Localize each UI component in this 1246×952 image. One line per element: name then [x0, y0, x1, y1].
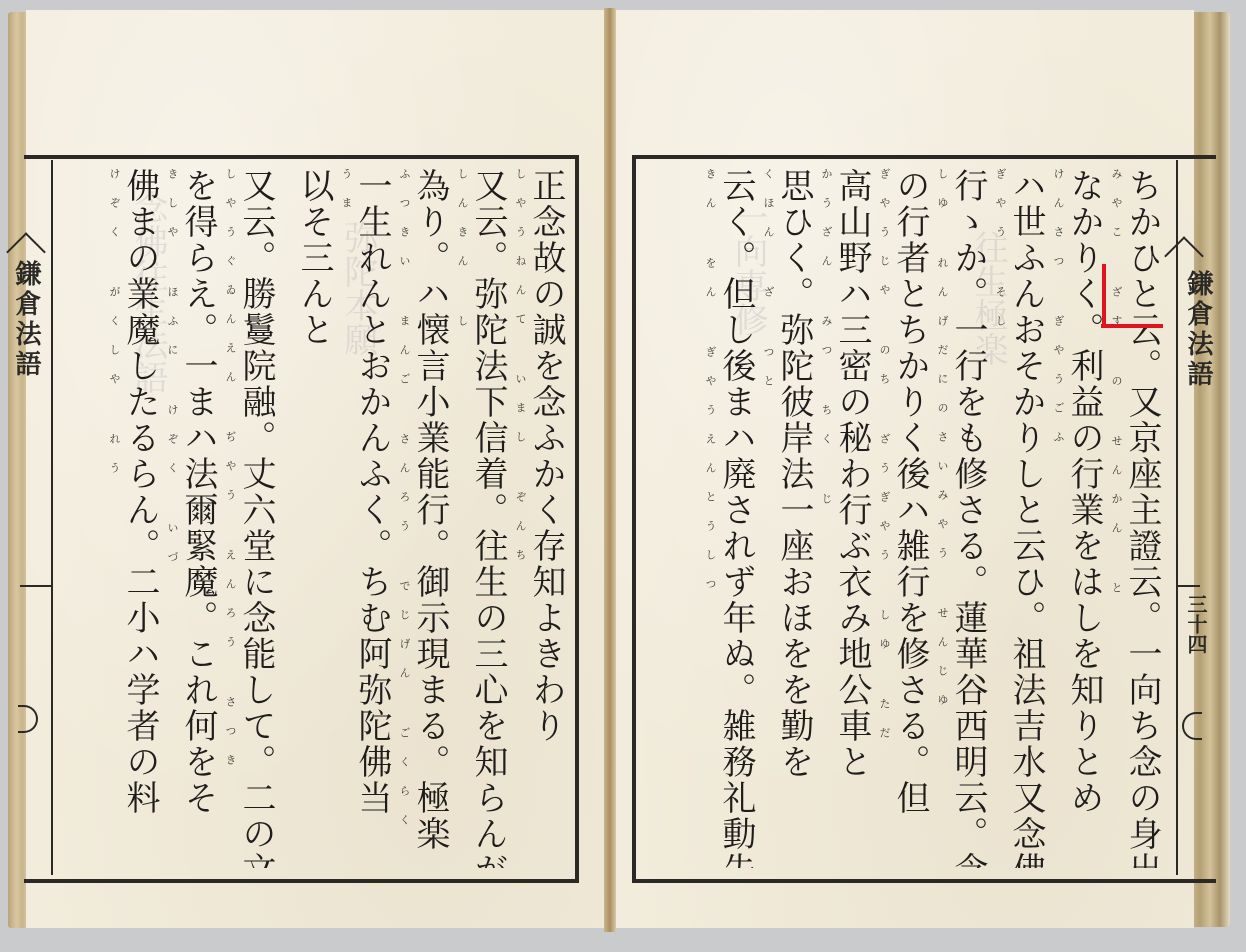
right-fishtail-mark-icon	[1182, 712, 1202, 740]
furigana: みやこ ざす の せんかん と	[1112, 168, 1122, 611]
text-column: ちかひと云。又京座主證云。一向ち念の身出みやこ ざす の せんかん と	[1112, 168, 1170, 868]
furigana: うま	[342, 168, 352, 226]
furigana: きしや ほふに けぞく いづ	[168, 168, 178, 580]
right-margin-divider	[1176, 585, 1200, 587]
book-spread: 鎌倉法語 鎌倉法語 三十四 念佛往生法語 弥陀本願 一向専修 往生極楽 ちかひと…	[0, 0, 1246, 952]
furigana: けんさつ ぎやうごふ	[1054, 168, 1064, 460]
text-column: 一生れんとおかんふく。ちむ阿弥陀佛当うま	[342, 168, 400, 868]
text-column: 正念故の誠を念ふかく存知よきわりしやうねんて いまし ぞんち	[516, 168, 574, 868]
text-column: を得らえ。一まハ法爾緊魔。これ何をそきしや ほふに けぞく いづ	[168, 168, 226, 868]
left-page-text: 正念故の誠を念ふかく存知よきわりしやうねんて いまし ぞんち 又云。弥陀法下信着…	[58, 168, 574, 868]
red-annotation-bracket-vertical	[1102, 264, 1106, 326]
text-column: 以そ三んと	[284, 168, 342, 868]
furigana: かうざん みつ ちく じ	[822, 168, 832, 522]
furigana: しんきん し	[458, 168, 468, 344]
text-column: 云く。但し後まハ廃されず年ぬ。雑務礼動失きん をん ぎやうえんとうしつ	[706, 168, 764, 868]
text-column: 佛まの業魔したるらん。二小ハ学者の料けぞく がくしや れう	[110, 168, 168, 868]
right-margin-title: 鎌倉法語	[1180, 270, 1217, 390]
left-margin-title: 鎌倉法語	[8, 260, 45, 380]
furigana: ふつきい まんご さんろう でじげん ごくらく	[400, 168, 410, 843]
furigana: きん をん ぎやうえんとうしつ	[706, 168, 716, 607]
text-column: 高山野ハ三密の秘わ行ぶ衣み地公車とかうざん みつ ちく じ	[822, 168, 880, 868]
text-column: 為り。ハ懐言小業能行。御示現まる。極楽ふつきい まんご さんろう でじげん ごく…	[400, 168, 458, 868]
text-column: 又云。勝鬘院融。丈六堂に念能して。二の文しやうぐゐんえん ぢやう えんろう さつ…	[226, 168, 284, 868]
furigana: しやうぐゐんえん ぢやう えんろう さつき	[226, 168, 236, 783]
furigana: ぎやう そし	[996, 168, 1006, 344]
furigana: ぎやうじや のち ざうぎやう しゆ ただ	[880, 168, 890, 756]
text-column: 又云。弥陀法下信着。往生の三心を知らんがしんきん し	[458, 168, 516, 868]
right-page-text: ちかひと云。又京座主證云。一向ち念の身出みやこ ざす の せんかん と なかりく…	[640, 168, 1170, 868]
text-column: 思ひく。弥陀彼岸法一座おほをを勤をくほん ざ つと	[764, 168, 822, 868]
book-gutter	[604, 8, 616, 932]
text-column: ハ世ふんおそかりしと云ひ。祖法吉水又念佛ぎやう そし	[996, 168, 1054, 868]
text-column: 行ゝか。一行をも修さる。蓮華谷西明云。念修しゆ れんげだにのさいみやう せんじゆ	[938, 168, 996, 868]
furigana: くほん ざ つと	[764, 168, 774, 404]
furigana: けぞく がくしや れう	[110, 168, 120, 491]
red-annotation-bracket-horizontal	[1101, 324, 1163, 328]
left-margin-rule	[51, 160, 53, 875]
page-number: 三十四	[1182, 594, 1211, 654]
furigana: しやうねんて いまし ぞんち	[516, 168, 526, 578]
text-column: の行者とちかりく後ハ雑行を修さる。但ぎやうじや のち ざうぎやう しゆ ただ	[880, 168, 938, 868]
left-margin-divider	[20, 585, 52, 587]
furigana: しゆ れんげだにのさいみやう せんじゆ	[938, 168, 948, 723]
